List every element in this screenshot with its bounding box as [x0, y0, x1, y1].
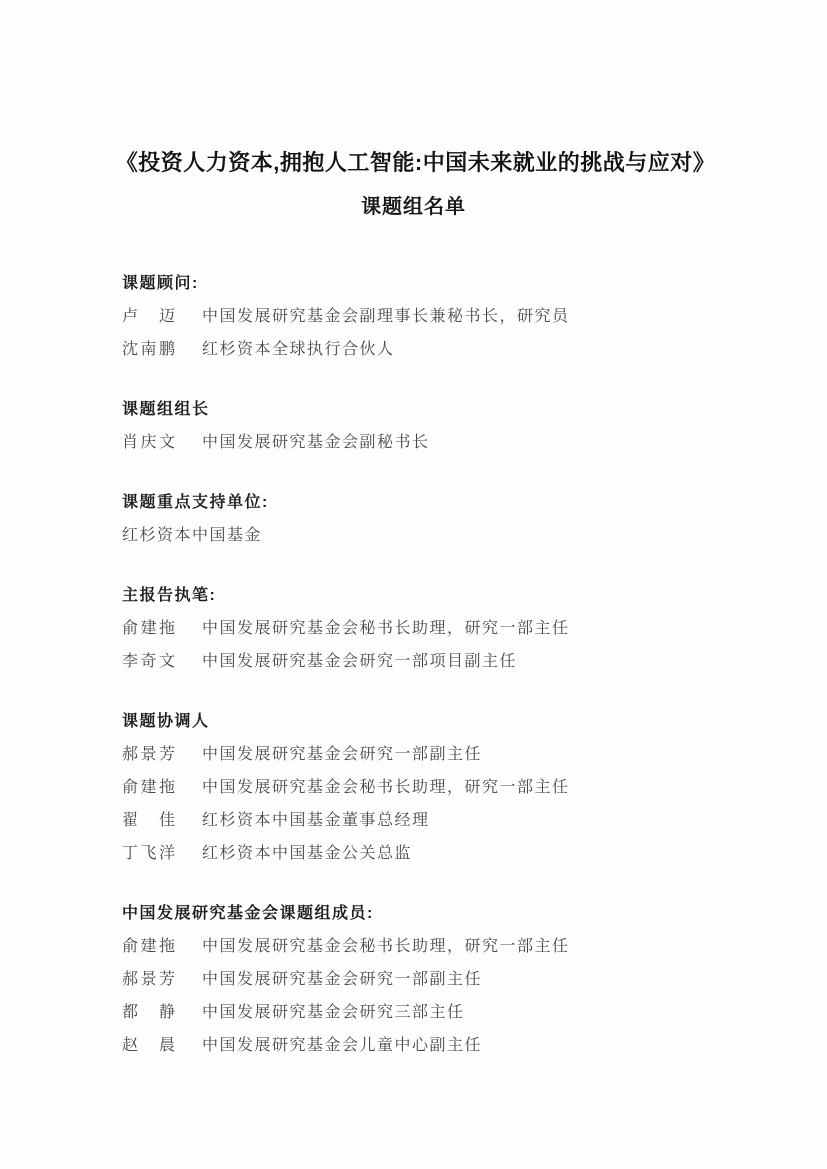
section-heading: 课题协调人: [122, 711, 727, 733]
member-role: 中国发展研究基金会研究一部项目副主任: [202, 651, 517, 673]
section-heading: 中国发展研究基金会课题组成员:: [122, 903, 727, 925]
member-row: 卢 迈 中国发展研究基金会副理事长兼秘书长，研究员: [122, 306, 727, 328]
member-name: 李奇文: [122, 651, 198, 673]
member-role: 中国发展研究基金会秘书长助理，研究一部主任: [202, 777, 570, 799]
member-name: 沈南鹏: [122, 339, 198, 361]
member-role: 中国发展研究基金会研究一部副主任: [202, 744, 482, 766]
member-name: 卢 迈: [122, 306, 198, 328]
member-name: 肖庆文: [122, 432, 198, 454]
member-name: 丁飞洋: [122, 843, 198, 865]
section-project-advisors: 课题顾问: 卢 迈 中国发展研究基金会副理事长兼秘书长，研究员 沈南鹏 红杉资本…: [122, 273, 727, 361]
member-row: 都 静 中国发展研究基金会研究三部主任: [122, 1002, 727, 1024]
member-name: 俞建拖: [122, 618, 198, 640]
member-name: 俞建拖: [122, 936, 198, 958]
member-role: 中国发展研究基金会秘书长助理，研究一部主任: [202, 936, 570, 958]
member-row: 李奇文 中国发展研究基金会研究一部项目副主任: [122, 651, 727, 673]
member-role: 红杉资本全球执行合伙人: [202, 339, 395, 361]
member-row: 丁飞洋 红杉资本中国基金公关总监: [122, 843, 727, 865]
member-role: 中国发展研究基金会研究一部副主任: [202, 969, 482, 991]
member-row: 郝景芳 中国发展研究基金会研究一部副主任: [122, 969, 727, 991]
member-name: 郝景芳: [122, 744, 198, 766]
member-row: 俞建拖 中国发展研究基金会秘书长助理，研究一部主任: [122, 618, 727, 640]
member-name: 都 静: [122, 1002, 198, 1024]
member-row: 沈南鹏 红杉资本全球执行合伙人: [122, 339, 727, 361]
section-heading: 主报告执笔:: [122, 585, 727, 607]
document-subtitle: 课题组名单: [100, 192, 727, 222]
member-role: 红杉资本中国基金董事总经理: [202, 810, 430, 832]
member-role: 中国发展研究基金会儿童中心副主任: [202, 1035, 482, 1057]
member-row: 俞建拖 中国发展研究基金会秘书长助理，研究一部主任: [122, 777, 727, 799]
member-role: 中国发展研究基金会副理事长兼秘书长，研究员: [202, 306, 570, 328]
section-project-coordinators: 课题协调人 郝景芳 中国发展研究基金会研究一部副主任 俞建拖 中国发展研究基金会…: [122, 711, 727, 865]
document-body: 课题顾问: 卢 迈 中国发展研究基金会副理事长兼秘书长，研究员 沈南鹏 红杉资本…: [122, 273, 727, 1057]
member-name: 翟 佳: [122, 810, 198, 832]
member-name: 俞建拖: [122, 777, 198, 799]
section-key-supporting-unit: 课题重点支持单位: 红杉资本中国基金: [122, 492, 727, 547]
supporting-unit-name: 红杉资本中国基金: [122, 525, 262, 547]
member-name: 郝景芳: [122, 969, 198, 991]
document-page: 《投资人力资本,拥抱人工智能:中国未来就业的挑战与应对》 课题组名单 课题顾问:…: [0, 0, 827, 1169]
member-role: 中国发展研究基金会秘书长助理，研究一部主任: [202, 618, 570, 640]
document-title: 《投资人力资本,拥抱人工智能:中国未来就业的挑战与应对》: [102, 146, 729, 179]
member-row: 俞建拖 中国发展研究基金会秘书长助理，研究一部主任: [122, 936, 727, 958]
member-name: 赵 晨: [122, 1035, 198, 1057]
section-project-leader: 课题组组长 肖庆文 中国发展研究基金会副秘书长: [122, 399, 727, 454]
section-heading: 课题组组长: [122, 399, 727, 421]
section-main-report-authors: 主报告执笔: 俞建拖 中国发展研究基金会秘书长助理，研究一部主任 李奇文 中国发…: [122, 585, 727, 673]
section-cdrf-team-members: 中国发展研究基金会课题组成员: 俞建拖 中国发展研究基金会秘书长助理，研究一部主…: [122, 903, 727, 1057]
member-role: 红杉资本中国基金公关总监: [202, 843, 412, 865]
supporting-unit-row: 红杉资本中国基金: [122, 525, 727, 547]
member-role: 中国发展研究基金会研究三部主任: [202, 1002, 465, 1024]
member-role: 中国发展研究基金会副秘书长: [202, 432, 430, 454]
member-row: 赵 晨 中国发展研究基金会儿童中心副主任: [122, 1035, 727, 1057]
section-heading: 课题顾问:: [122, 273, 727, 295]
member-row: 郝景芳 中国发展研究基金会研究一部副主任: [122, 744, 727, 766]
section-heading: 课题重点支持单位:: [122, 492, 727, 514]
member-row: 翟 佳 红杉资本中国基金董事总经理: [122, 810, 727, 832]
member-row: 肖庆文 中国发展研究基金会副秘书长: [122, 432, 727, 454]
